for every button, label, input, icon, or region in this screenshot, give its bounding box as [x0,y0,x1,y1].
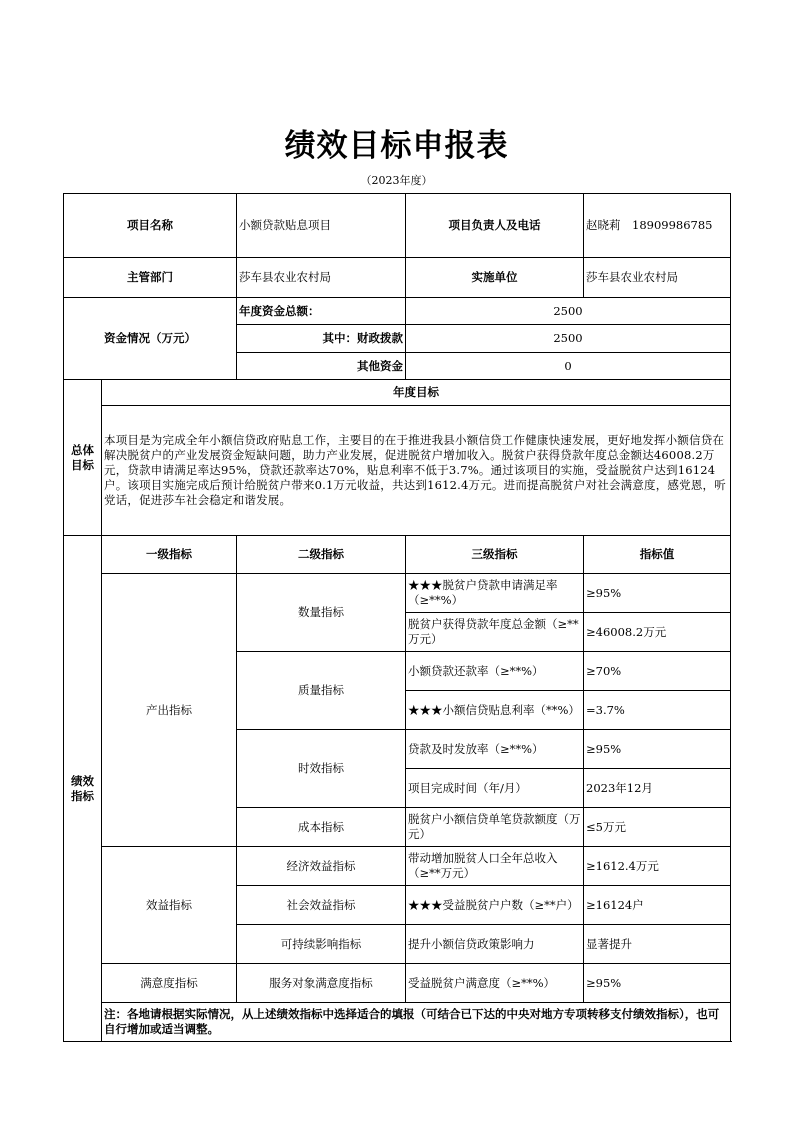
footnote: 注：各地请根据实际情况，从上述绩效指标中选择适合的填报（可结合已下达的中央对地方… [102,1003,731,1042]
dept-value: 莎车县农业农村局 [237,258,406,298]
level2-social: 社会效益指标 [237,886,406,925]
value-cell: ≤5万元 [584,808,731,847]
level3-cell: 带动增加脱贫人口全年总收入（≥**万元） [406,847,584,886]
project-name-label: 项目名称 [64,194,237,258]
funds-fiscal-value: 2500 [406,325,731,353]
level2-quantity: 数量指标 [237,574,406,652]
overall-goal-text-row: 本项目是为完成全年小额信贷政府贴息工作，主要目的在于推进我县小额信贷工作健康快速… [64,406,731,536]
level1-satisfaction: 满意度指标 [102,964,237,1003]
overall-goal-side-label-line2: 目标 [71,458,94,472]
dept-label: 主管部门 [64,258,237,298]
level2-sustainable: 可持续影响指标 [237,925,406,964]
level2-quality: 质量指标 [237,652,406,730]
level3-cell: 贷款及时发放率（≥**%） [406,730,584,769]
funds-fiscal-label: 其中：财政拨款 [237,325,406,353]
level2-timeliness: 时效指标 [237,730,406,808]
value-cell: ≥16124户 [584,886,731,925]
header-level3: 三级指标 [406,536,584,574]
header-value: 指标值 [584,536,731,574]
header-level1: 一级指标 [102,536,237,574]
project-name-value: 小额贷款贴息项目 [237,194,406,258]
annual-goal-text: 本项目是为完成全年小额信贷政府贴息工作，主要目的在于推进我县小额信贷工作健康快速… [102,406,731,536]
level3-cell: 小额贷款还款率（≥**%） [406,652,584,691]
annual-goal-header: 年度目标 [102,380,731,406]
header-level2: 二级指标 [237,536,406,574]
funds-total-value: 2500 [406,298,731,325]
value-cell: =3.7% [584,691,731,730]
level1-output: 产出指标 [102,574,237,847]
indicators-side-label-line2: 指标 [71,789,94,803]
indicator-row: 满意度指标 服务对象满意度指标 受益脱贫户满意度（≥**%） ≥95% [64,964,731,1003]
level2-service-satisfaction: 服务对象满意度指标 [237,964,406,1003]
year-subtitle: （2023年度） [0,172,793,188]
indicators-side-label: 绩效 指标 [64,536,102,1042]
funds-other-value: 0 [406,353,731,380]
level3-cell: 脱贫户获得贷款年度总金额（≥**万元） [406,613,584,652]
project-name-row: 项目名称 小额贷款贴息项目 项目负责人及电话 赵晓莉 18909986785 [64,194,731,258]
indicator-row: 产出指标 数量指标 ★★★脱贫户贷款申请满足率（≥**%） ≥95% [64,574,731,613]
level2-cost: 成本指标 [237,808,406,847]
value-cell: ≥95% [584,964,731,1003]
level3-cell: 脱贫户小额信贷单笔贷款额度（万元） [406,808,584,847]
project-manager-label: 项目负责人及电话 [406,194,584,258]
department-row: 主管部门 莎车县农业农村局 实施单位 莎车县农业农村局 [64,258,731,298]
indicators-header-row: 绩效 指标 一级指标 二级指标 三级指标 指标值 [64,536,731,574]
performance-target-table: 项目名称 小额贷款贴息项目 项目负责人及电话 赵晓莉 18909986785 主… [63,193,731,1042]
value-cell: 显著提升 [584,925,731,964]
impl-unit-label: 实施单位 [406,258,584,298]
level3-cell: 受益脱贫户满意度（≥**%） [406,964,584,1003]
value-cell: ≥95% [584,730,731,769]
level3-cell: ★★★受益脱贫户户数（≥**户） [406,886,584,925]
value-cell: ≥70% [584,652,731,691]
level3-cell: 项目完成时间（年/月） [406,769,584,808]
level3-cell: 提升小额信贷政策影响力 [406,925,584,964]
funds-total-label: 年度资金总额： [237,298,406,325]
page-title: 绩效目标申报表 [0,120,793,165]
overall-goal-side-label-line1: 总体 [71,443,94,457]
level1-benefit: 效益指标 [102,847,237,964]
indicator-row: 效益指标 经济效益指标 带动增加脱贫人口全年总收入（≥**万元） ≥1612.4… [64,847,731,886]
overall-goal-header-row: 总体 目标 年度目标 [64,380,731,406]
funds-other-label: 其他资金 [237,353,406,380]
level2-economic: 经济效益指标 [237,847,406,886]
impl-unit-value: 莎车县农业农村局 [584,258,731,298]
indicators-side-label-line1: 绩效 [71,774,94,788]
value-cell: ≥46008.2万元 [584,613,731,652]
value-cell: ≥1612.4万元 [584,847,731,886]
level3-cell: ★★★脱贫户贷款申请满足率（≥**%） [406,574,584,613]
value-cell: ≥95% [584,574,731,613]
funds-row-total: 资金情况（万元） 年度资金总额： 2500 [64,298,731,325]
level3-cell: ★★★小额信贷贴息利率（**%） [406,691,584,730]
note-row: 注：各地请根据实际情况，从上述绩效指标中选择适合的填报（可结合已下达的中央对地方… [64,1003,731,1042]
funds-label: 资金情况（万元） [64,298,237,380]
project-manager-value: 赵晓莉 18909986785 [584,194,731,258]
value-cell: 2023年12月 [584,769,731,808]
overall-goal-side-label: 总体 目标 [64,380,102,536]
